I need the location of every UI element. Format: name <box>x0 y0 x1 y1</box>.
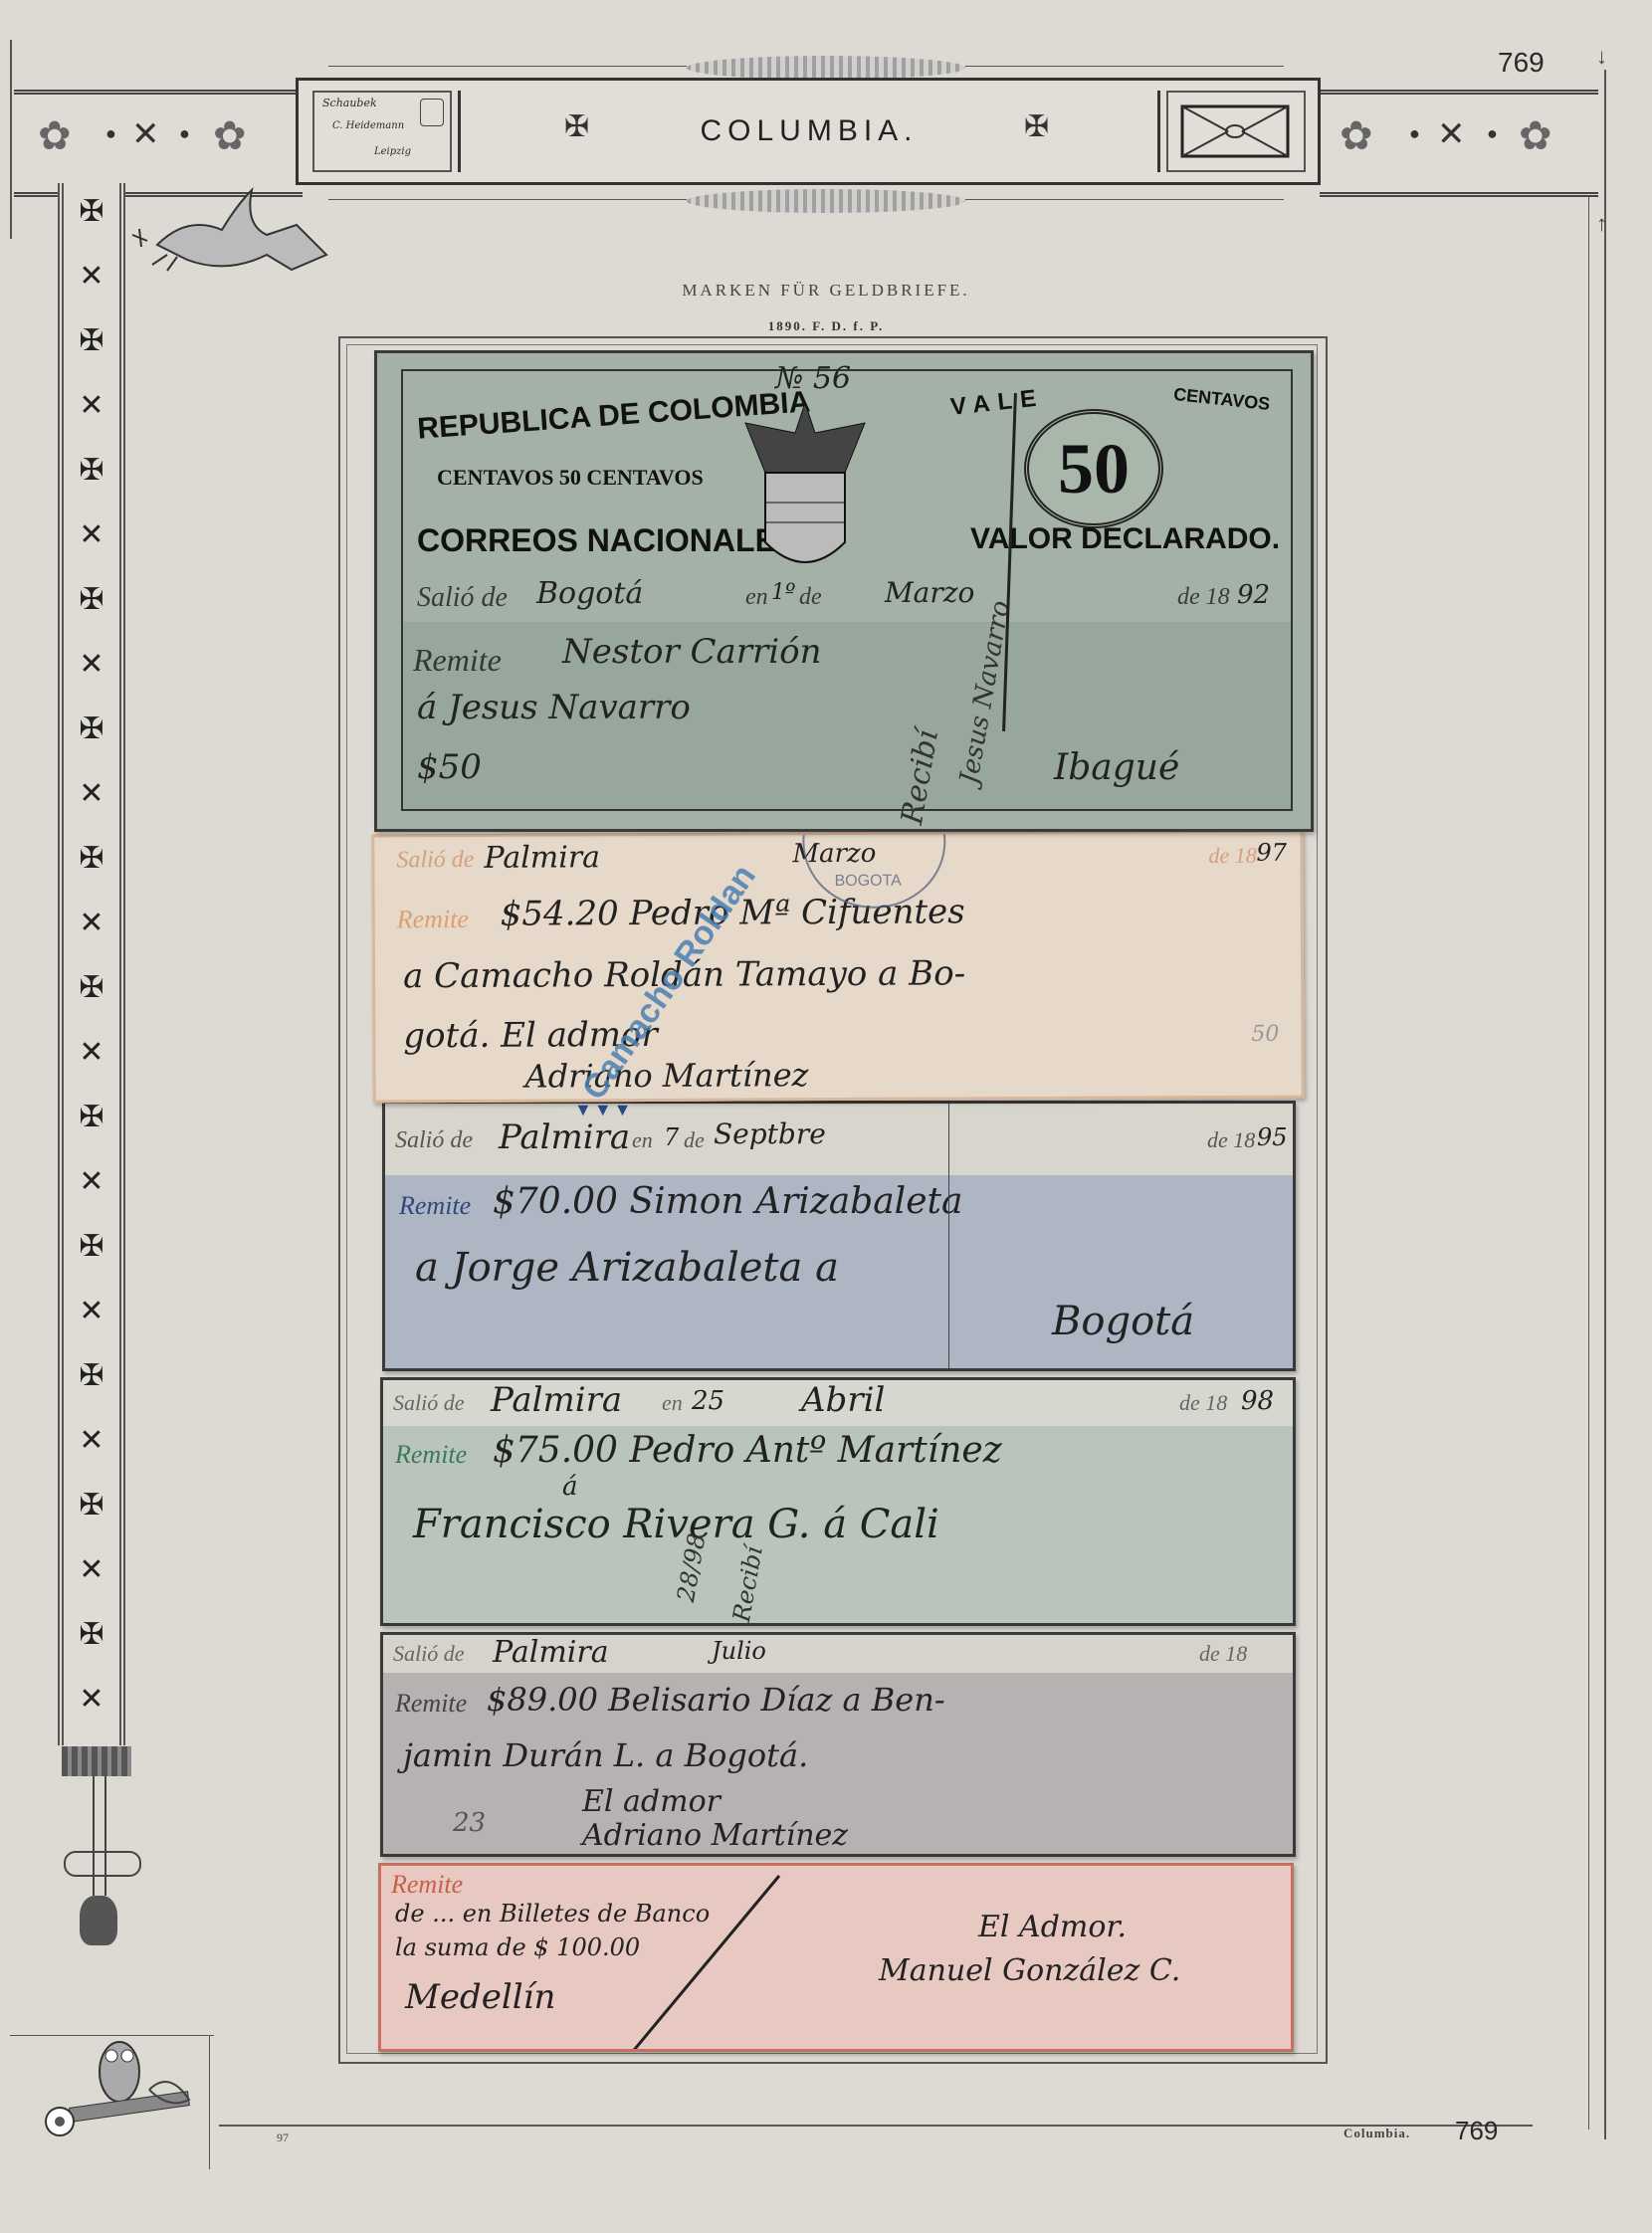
vertical-stroke <box>948 1104 949 1371</box>
owl-emblem-icon <box>40 2030 219 2149</box>
maltese-cross-icon: ✠ <box>64 585 119 615</box>
money-letter-form-1897: Salió de Palmira Marzo de 18 97 Remite $… <box>371 830 1304 1104</box>
handwritten-line: a Jorge Arizabaleta a <box>415 1245 839 1291</box>
tassel-knot <box>64 1851 141 1877</box>
maltese-cross-icon: ✠ <box>64 1232 119 1262</box>
tassel-cord <box>93 1776 106 1896</box>
section-title: MARKEN FÜR GELDBRIEFE. <box>0 281 1652 301</box>
tassel-end <box>80 1896 117 1945</box>
handwritten-month: Septbre <box>714 1117 826 1150</box>
dot-icon: ● <box>1409 124 1420 142</box>
arrow-down-icon: ↓ <box>1596 44 1607 70</box>
x-cross-icon: ✕ <box>64 1426 119 1456</box>
handwritten-line: $70.00 Simon Arizabaleta <box>493 1181 962 1222</box>
printed-salio-label: Salió de <box>395 1127 473 1154</box>
money-letter-form-1898: Salió de Palmira en 25 Abril de 18 98 Re… <box>380 1377 1296 1626</box>
x-cross-icon: ✕ <box>1437 118 1466 152</box>
flower-rosette-icon: ✿ <box>1340 116 1373 156</box>
shield-icon <box>420 99 444 126</box>
dot-icon: ● <box>179 124 190 142</box>
banner-bottom-rule-left <box>328 199 687 200</box>
printed-year-label: de 18 <box>1207 1127 1255 1153</box>
maltese-cross-icon: ✠ <box>64 1103 119 1132</box>
x-cross-icon: ✕ <box>64 1685 119 1715</box>
x-cross-icon: ✕ <box>64 909 119 938</box>
tassel-fringe <box>62 1746 131 1776</box>
mini-stamp-line: Leipzig <box>374 146 411 157</box>
banner-top-rule-left <box>328 66 687 67</box>
banner-left-strip: ✿ ● ✕ ● ✿ <box>14 90 303 197</box>
printed-value-line: CENTAVOS 50 CENTAVOS <box>437 465 704 491</box>
printed-remite-label: Remite <box>395 1440 467 1470</box>
dove-with-letter-icon <box>127 185 346 275</box>
handwritten-sender: Nestor Carrión <box>562 632 822 672</box>
printed-de-label: de <box>799 584 822 611</box>
handwritten-number: 23 <box>453 1808 486 1838</box>
handwritten-city: Bogotá <box>536 576 643 611</box>
handwritten-amount: $50 <box>417 747 482 787</box>
printed-year-label: de 18 <box>1199 1641 1247 1667</box>
printed-en-label: en <box>632 1127 653 1153</box>
handwritten-city: Palmira <box>499 1117 630 1157</box>
printed-declared-value: VALOR DECLARADO. <box>970 522 1280 556</box>
postmark-text: BOGOTA <box>835 873 902 891</box>
header-banner: Schaubek C. Heidemann Leipzig ✠ COLUMBIA… <box>296 78 1321 185</box>
printed-salio-label: Salió de <box>393 1390 465 1416</box>
scroll-ornament-top <box>687 56 965 80</box>
handwritten-line: $75.00 Pedro Antº Martínez <box>493 1430 1002 1471</box>
printed-year-label: de 18 <box>1179 1390 1227 1416</box>
value-oval: 50 <box>1024 409 1163 528</box>
x-cross-icon: ✕ <box>64 520 119 550</box>
handwritten-year: 97 <box>1256 839 1287 867</box>
x-cross-icon: ✕ <box>64 650 119 680</box>
maltese-cross-icon: ✠ <box>1024 112 1049 142</box>
mini-stamp-line: C. Heidemann <box>332 120 404 131</box>
left-border-column: ✠✕✠✕✠✕✠✕✠✕✠✕✠✕✠✕✠✕✠✕✠✕✠✕ <box>58 183 125 1745</box>
banner-top-rule-right <box>965 66 1284 67</box>
mini-stamp-publisher: Schaubek C. Heidemann Leipzig <box>312 91 452 172</box>
banner-right-strip: ✿ ● ✕ ● ✿ <box>1320 90 1598 197</box>
x-cross-icon: ✕ <box>64 391 119 421</box>
flower-rosette-icon: ✿ <box>1519 116 1552 156</box>
page-title: COLUMBIA. <box>461 114 1157 148</box>
handwritten-day: 1º <box>771 580 795 605</box>
page-number-top: 769 <box>1498 47 1545 79</box>
handwritten-line: jamin Durán L. a Bogotá. <box>403 1736 808 1774</box>
handwritten-a: á <box>562 1472 578 1502</box>
footer-country: Columbia. <box>1343 2126 1410 2141</box>
money-letter-form-1892: REPUBLICA DE COLOMBIA CENTAVOS 50 CENTAV… <box>374 350 1314 832</box>
handwritten-line: Francisco Rivera G. á Cali <box>413 1502 939 1547</box>
money-letter-form-1897b: Salió de Palmira Julio de 18 Remite $89.… <box>380 1632 1296 1857</box>
printed-salio-label: Salió de <box>393 1641 465 1667</box>
printed-en-label: en <box>662 1390 683 1416</box>
inner-right-line <box>1588 189 1589 2130</box>
maltese-cross-icon: ✠ <box>64 973 119 1003</box>
cancel-stroke-icon <box>381 1866 1294 2052</box>
printed-salio-label: Salió de <box>396 847 474 874</box>
x-cross-icon: ✕ <box>64 1555 119 1585</box>
handwritten-city: Palmira <box>491 1380 622 1420</box>
printed-remite-label: Remite <box>399 1191 471 1221</box>
printed-remite-label: Remite <box>395 1689 467 1719</box>
handwritten-month: Abril <box>801 1380 885 1420</box>
handwritten-admor: El admor <box>582 1784 721 1819</box>
handwritten-day: 7 <box>664 1123 679 1151</box>
printed-year-label: de 18 <box>1177 584 1230 611</box>
x-cross-icon: ✕ <box>131 118 160 152</box>
handwritten-destination: Ibagué <box>1054 747 1179 788</box>
maltese-cross-icon: ✠ <box>64 844 119 874</box>
handwritten-year: 95 <box>1257 1123 1288 1151</box>
handwritten-signature: Adriano Martínez <box>582 1818 848 1853</box>
banner-title-box: ✠ COLUMBIA. ✠ <box>458 91 1160 172</box>
handwritten-vertical-note: Recibí <box>727 1544 768 1624</box>
banner-bottom-rule-right <box>965 199 1284 200</box>
envelope-frame <box>1166 91 1306 172</box>
handwritten-destination: Bogotá <box>1052 1299 1194 1344</box>
x-cross-icon: ✕ <box>64 1038 119 1068</box>
maltese-cross-icon: ✠ <box>64 1361 119 1391</box>
right-margin-line <box>1604 70 1606 2139</box>
handwritten-city: Palmira <box>484 840 600 876</box>
maltese-cross-icon: ✠ <box>64 456 119 486</box>
printed-salio-label: Salió de <box>417 582 508 614</box>
dot-icon: ● <box>105 124 116 142</box>
flower-rosette-icon: ✿ <box>38 116 72 156</box>
mini-stamp-line: Schaubek <box>322 97 377 109</box>
section-subtitle: 1890. F. D. f. P. <box>0 318 1652 334</box>
arrow-up-icon: ↑ <box>1596 211 1607 237</box>
x-cross-icon: ✕ <box>64 1297 119 1326</box>
x-cross-icon: ✕ <box>64 779 119 809</box>
handwritten-year: 98 <box>1241 1386 1274 1416</box>
left-margin-line <box>10 40 12 239</box>
printed-year-label: de 18 <box>1208 843 1256 869</box>
handwritten-signature: Adriano Martínez <box>524 1056 808 1095</box>
handwritten-side-note: 50 <box>1251 1022 1279 1047</box>
maltese-cross-icon: ✠ <box>64 1620 119 1650</box>
scroll-ornament-bottom <box>687 189 965 213</box>
x-cross-icon: ✕ <box>64 1167 119 1197</box>
page-number-bottom: 769 <box>1455 2116 1498 2146</box>
printed-remite-label: Remite <box>397 905 469 934</box>
flower-rosette-icon: ✿ <box>213 116 247 156</box>
handwritten-line: $89.00 Belisario Díaz a Ben- <box>487 1681 945 1719</box>
handwritten-city: Palmira <box>493 1635 609 1670</box>
money-letter-form-medellin: Remite de ... en Billetes de Banco la su… <box>378 1863 1294 2052</box>
maltese-cross-icon: ✠ <box>64 197 119 227</box>
printed-remite-label: Remite <box>413 642 502 679</box>
handwritten-day: 25 <box>692 1386 724 1416</box>
coat-of-arms-icon <box>735 393 875 582</box>
money-letter-form-1895: ▼▼▼ Salió de Palmira en 7 de Septbre de … <box>382 1101 1296 1371</box>
handwritten-month: Marzo <box>885 576 974 609</box>
dot-icon: ● <box>1487 124 1498 142</box>
maltese-cross-icon: ✠ <box>64 1491 119 1521</box>
handwritten-number: № 56 <box>775 361 851 396</box>
maltese-cross-icon: ✠ <box>64 714 119 744</box>
handwritten-year: 92 <box>1237 580 1270 610</box>
footer-left-number: 97 <box>277 2131 289 2145</box>
footer-rule <box>219 2125 1533 2127</box>
handwritten-month: Julio <box>712 1637 766 1665</box>
handwritten-recipient: á Jesus Navarro <box>417 688 691 727</box>
printed-en-label: en <box>745 584 768 611</box>
envelope-icon <box>1168 93 1304 170</box>
printed-de-label: de <box>684 1127 705 1153</box>
